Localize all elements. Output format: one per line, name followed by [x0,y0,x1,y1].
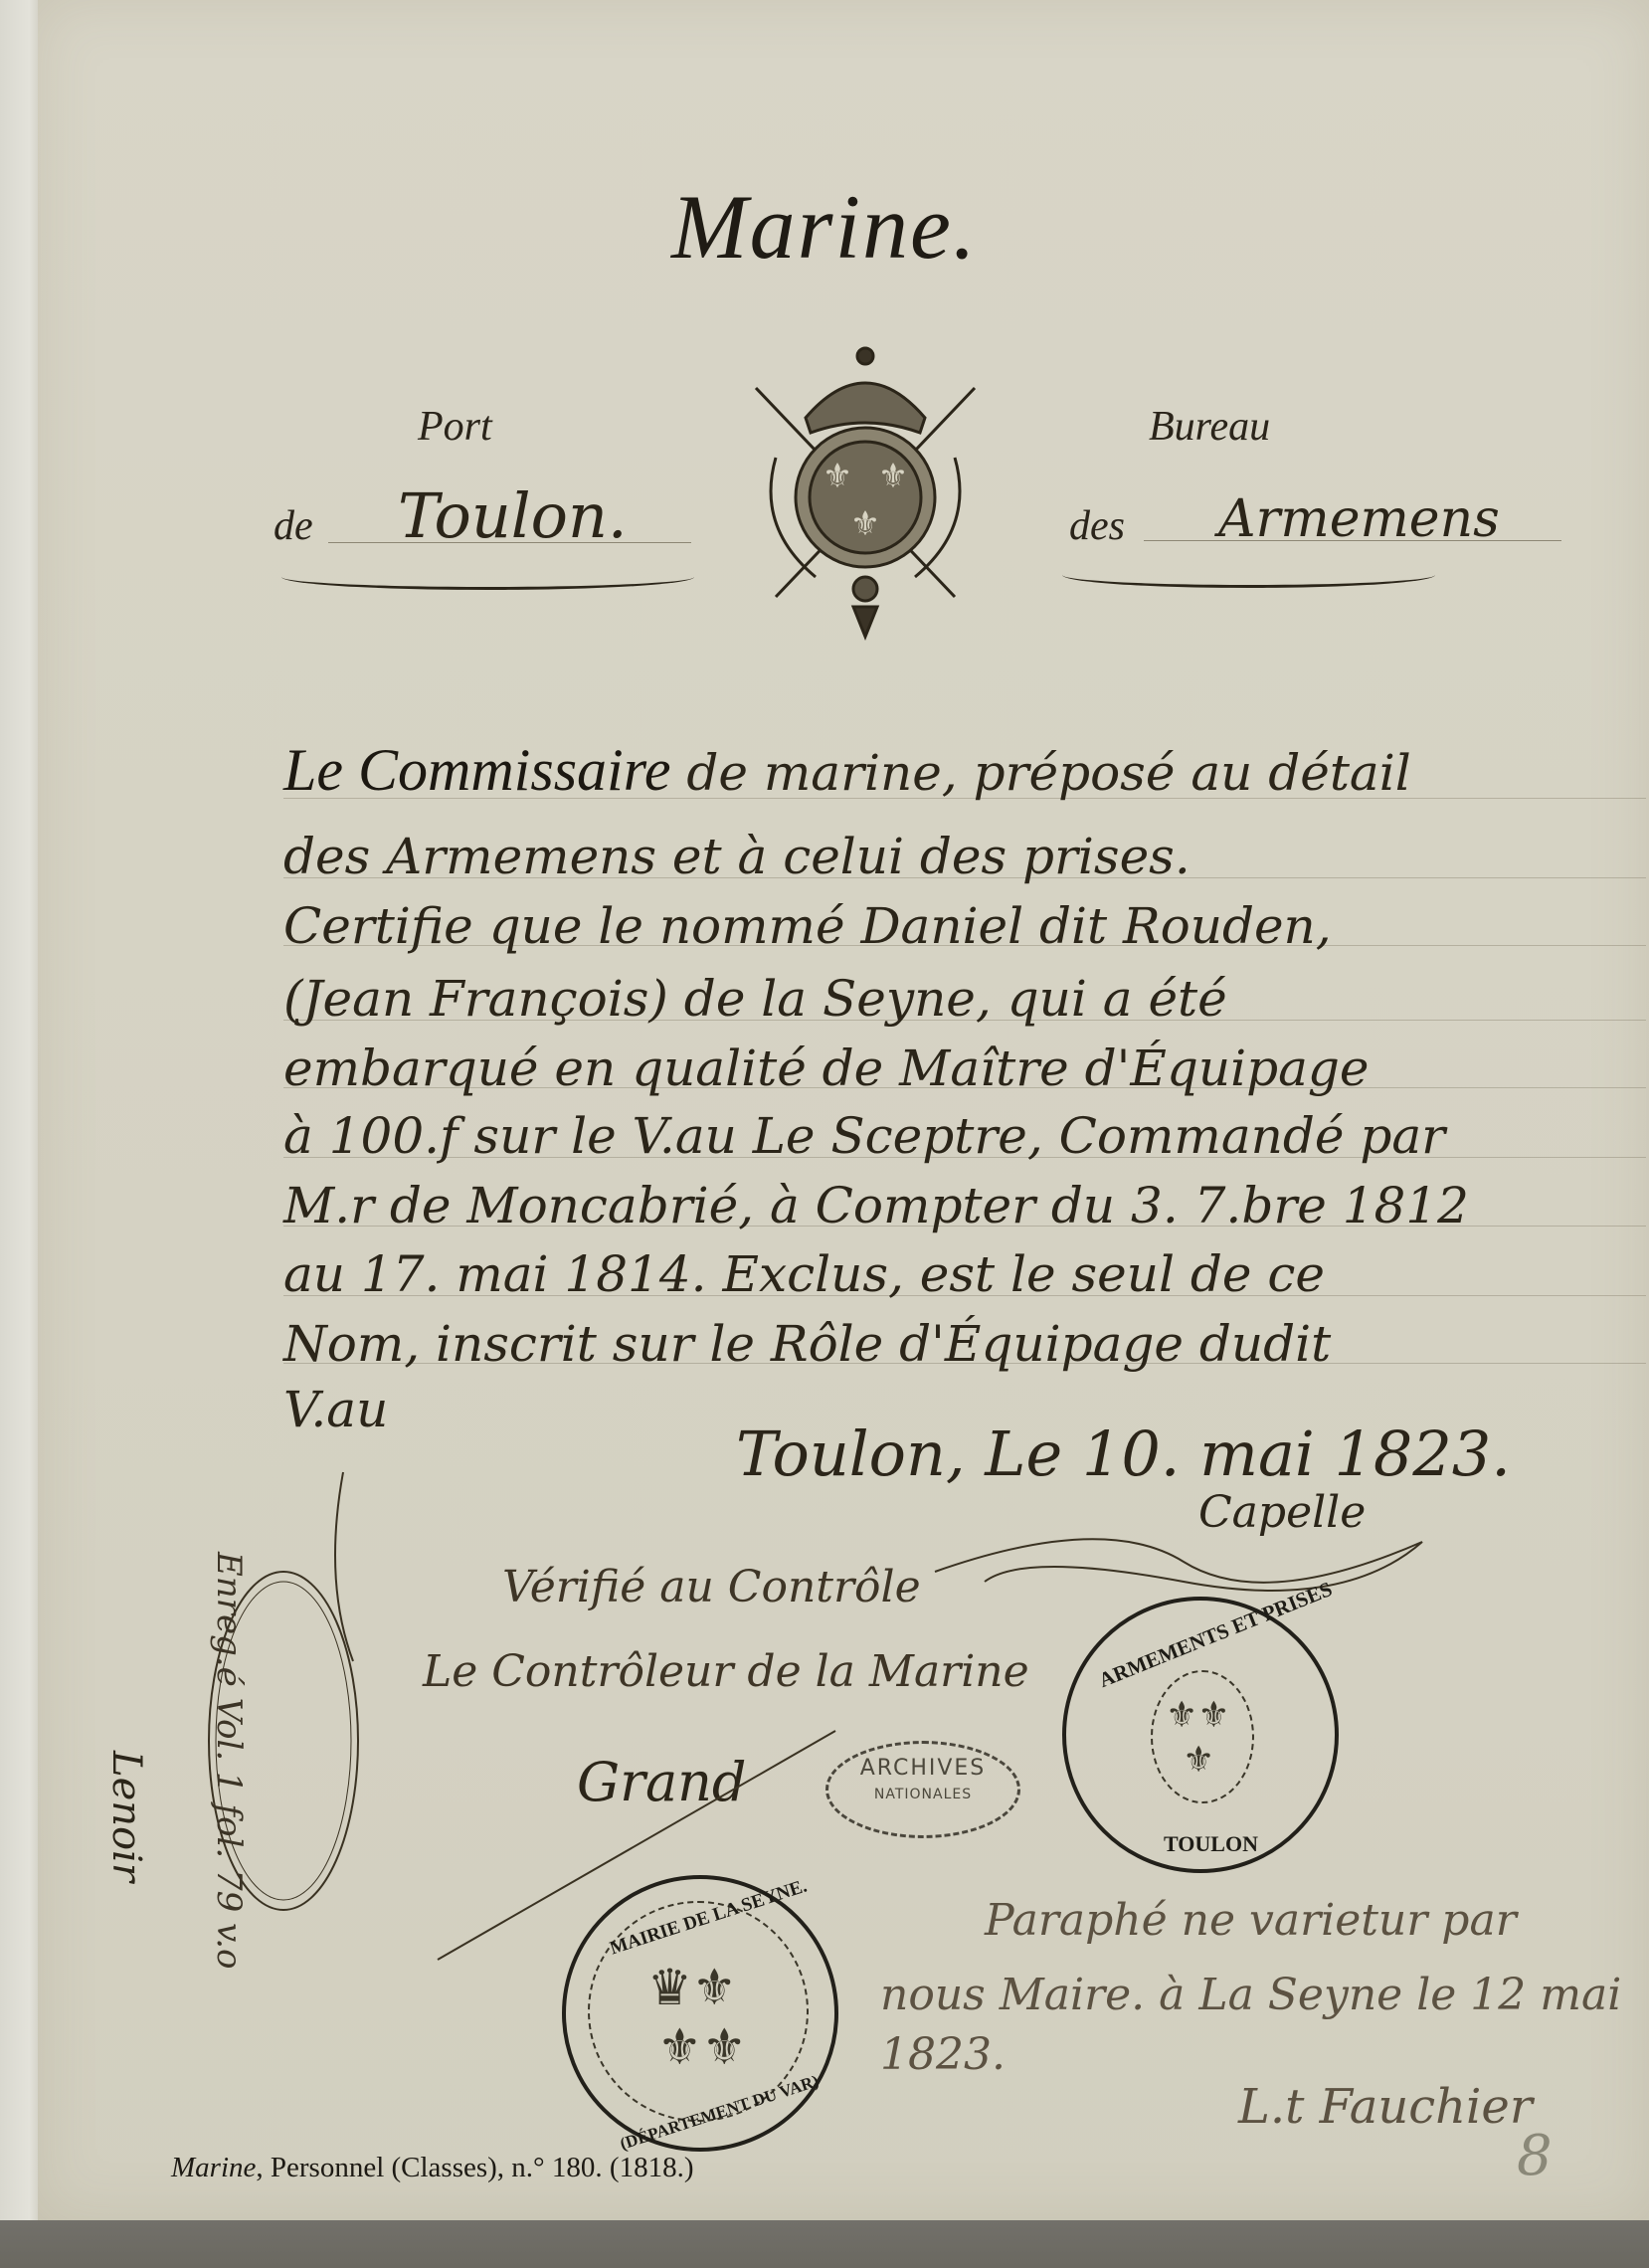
signature-fauchier: L.t Fauchier [1238,2079,1533,2135]
port-prefix: de [274,502,313,550]
archives-line2: NATIONALES [828,1787,1017,1802]
port-underline [328,542,691,543]
svg-text:⚜: ⚜ [823,457,852,496]
bureau-prefix: des [1069,502,1125,550]
body-line-8: au 17. mai 1814. Exclus, est le seul de … [283,1245,1325,1303]
stamp-armements-toulon: ARMEMENTS ET PRISES TOULON ⚜⚜ ⚜ [1062,1597,1339,1873]
controleur-marine: Le Contrôleur de la Marine [423,1646,1029,1697]
body-line-7: M.r de Moncabrié, à Compter du 3. 7.bre … [283,1177,1469,1234]
body-line-5: embarqué en qualité de Maître d'Équipage [283,1039,1370,1097]
fleur-de-lis-icon: ⚜ [1183,1740,1214,1781]
margin-signature: Lenoir [103,1751,149,1882]
verifie-au-controle: Vérifié au Contrôle [502,1562,921,1612]
footer-marine: Marine [171,2152,256,2183]
folio-number: 8 [1517,2124,1553,2188]
stamp-shield [1151,1670,1254,1803]
footer-text: , Personnel (Classes), n.° 180. (1818.) [256,2152,693,2183]
body-line-3: Certifie que le nommé Daniel dit Rouden, [283,897,1332,955]
header-title: Marine. [671,174,978,280]
commissaire-heading: Le Commissaire [283,737,670,803]
bureau-label: Bureau [1149,403,1270,451]
archives-line1: ARCHIVES [828,1756,1017,1781]
crown-fleur-icon: ♛⚜ [647,1959,737,2016]
stamp-armements-bottom: TOULON [1164,1831,1258,1857]
paraphe-line-2: nous Maire. à La Seyne le 12 mai [880,1970,1621,2020]
body-line-6: à 100.f sur le V.au Le Sceptre, Commandé… [283,1107,1445,1165]
fleur-de-lis-icon: ⚜⚜ [657,2018,747,2076]
body-line-9: Nom, inscrit sur le Rôle d'Équipage dudi… [283,1315,1331,1373]
body-line-1: Le Commissaire de marine, préposé au dét… [283,736,1411,805]
stamp-archives-nationales: ARCHIVES NATIONALES [825,1741,1020,1838]
fleur-de-lis-icon: ⚜⚜ [1166,1695,1230,1736]
scan-bottom-band [0,2220,1649,2268]
body-line-10: V.au [283,1381,388,1438]
paraphe-line-3: 1823. [880,2029,1006,2080]
body-text: de marine, préposé au détail [686,744,1410,802]
paraphe-line-1: Paraphé ne varietur par [985,1895,1517,1946]
bureau-underline [1144,540,1561,541]
margin-registration-note: Enreg.é Vol. 1 fol. 79 v.o [209,1552,249,1970]
printed-form-reference: Marine, Personnel (Classes), n.° 180. (1… [171,2152,693,2184]
place-date: Toulon, Le 10. mai 1823. [736,1417,1511,1490]
port-label: Port [418,403,492,451]
svg-text:⚜: ⚜ [878,457,908,496]
svg-text:⚜: ⚜ [850,504,880,544]
stamp-mairie-la-seyne: MAIRIE DE LA SEYNE. (DÉPARTEMENT DU VAR)… [562,1875,838,2152]
body-line-4: (Jean François) de la Seyne, qui a été [283,970,1227,1028]
scan-left-margin [0,0,42,2268]
royal-crest-icon: ⚜ ⚜ ⚜ [736,328,995,647]
body-line-2: des Armemens et à celui des prises. [283,828,1191,885]
